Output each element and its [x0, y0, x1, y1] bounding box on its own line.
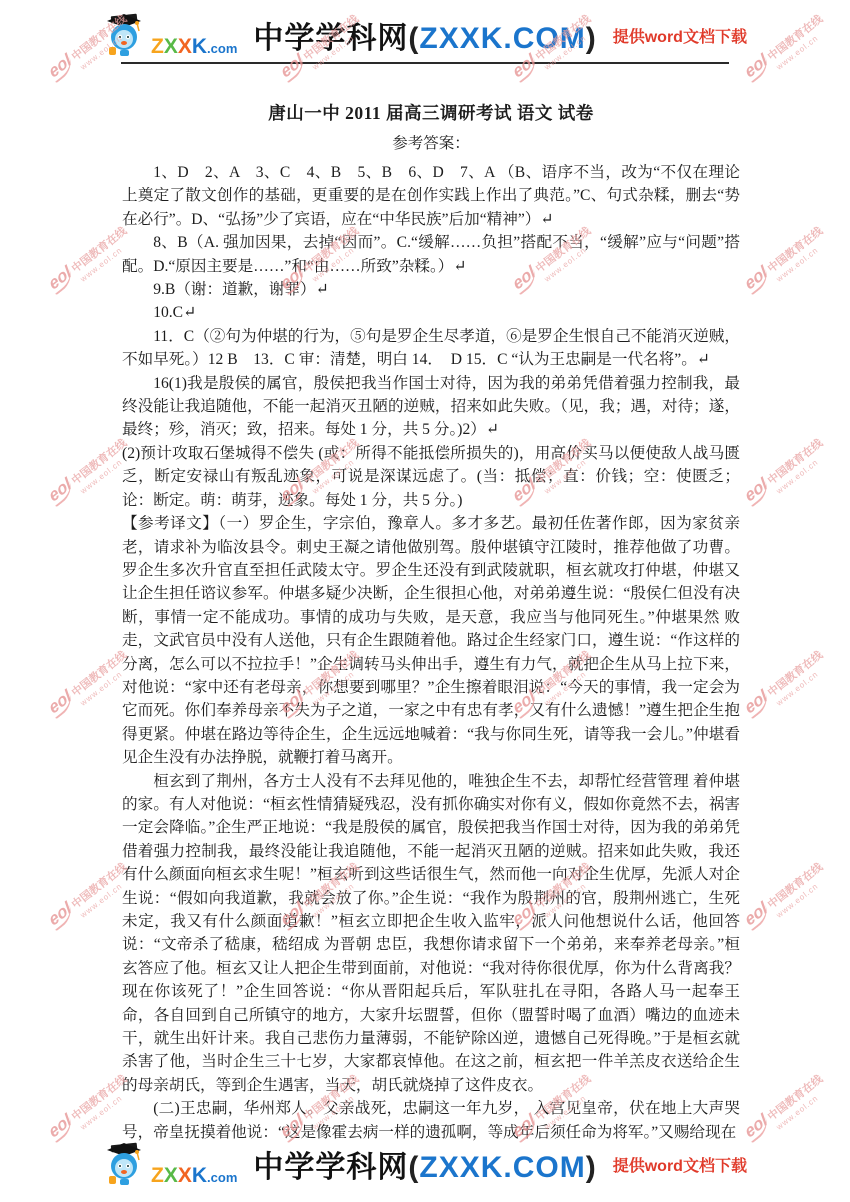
- logo-dotcom: .com: [207, 1170, 237, 1185]
- paragraph-4: 10.C↵: [122, 301, 740, 324]
- paragraph-10: (二)王忠嗣，华州郑人。父亲战死，忠嗣这一年九岁， 入宫见皇帝，伏在地上大声哭号…: [122, 1097, 740, 1144]
- download-note: 提供word文档下载: [613, 24, 747, 47]
- logo-letter: Z: [151, 1164, 164, 1187]
- paragraph-8: 【参考译文】（一）罗企生，字宗伯，豫章人。多才多艺。最初任佐著作郎，因为家贫亲老…: [122, 512, 740, 769]
- paragraph-1: 1、D 2、A 3、C 4、B 5、B 6、D 7、A （B、语序不当，改为“不…: [122, 161, 740, 231]
- paragraph-7: (2)预计攻取石堡城得不偿失 (或：所得不能抵偿所损失的)，用高价买马以便使敌人…: [122, 442, 740, 512]
- logo-letter: X: [164, 35, 178, 58]
- logo-dotcom: .com: [207, 41, 237, 56]
- answers-heading: 参考答案：: [122, 131, 740, 153]
- document-body: 唐山一中 2011 届高三调研考试 语文 试卷 参考答案： 1、D 2、A 3、…: [0, 64, 850, 1144]
- logo-letter: X: [178, 1164, 192, 1187]
- answer-paragraphs: 1、D 2、A 3、C 4、B 5、B 6、D 7、A （B、语序不当，改为“不…: [122, 161, 740, 1144]
- site-title: 中学学科网(ZXXK.COM): [253, 13, 596, 57]
- graduate-mascot-icon: [103, 1142, 149, 1186]
- site-header-banner: ZXXK.com 中学学科网(ZXXK.COM) 提供word文档下载: [0, 0, 850, 57]
- download-note-footer: 提供word文档下载: [613, 1153, 747, 1176]
- site-title-footer: 中学学科网(ZXXK.COM): [253, 1142, 596, 1186]
- paragraph-5: 11．C（②句为仲堪的行为，⑤句是罗企生尽孝道，⑥是罗企生恨自己不能消灭逆贼，不…: [122, 325, 740, 372]
- header-rule: [121, 62, 729, 64]
- graduate-mascot-icon: [103, 13, 149, 57]
- site-name-en: ZXXK.COM: [419, 22, 585, 55]
- logo-letter: Z: [151, 35, 164, 58]
- paragraph-6: 16(1)我是殷侯的属官，殷侯把我当作国士对待，因为我的弟弟凭借着强力控制我，最…: [122, 372, 740, 442]
- paragraph-3: 9.B（谢：道歉，谢罪）↵: [122, 278, 740, 301]
- document-page: ZXXK.com 中学学科网(ZXXK.COM) 提供word文档下载 唐山一中…: [0, 0, 850, 1202]
- site-footer-banner: ZXXK.com 中学学科网(ZXXK.COM) 提供word文档下载: [0, 1142, 850, 1186]
- paragraph-9: 桓玄到了荆州，各方士人没有不去拜见他的，唯独企生不去，却帮忙经营管理 着仲堪的家…: [122, 770, 740, 1098]
- logo-letter: K: [192, 1164, 207, 1187]
- zxxk-logo: ZXXK.com: [103, 13, 237, 57]
- logo-letter: X: [164, 1164, 178, 1187]
- site-name-cn: 中学学科网: [253, 22, 408, 55]
- zxxk-wordmark: ZXXK.com: [151, 36, 237, 57]
- logo-letter: X: [178, 35, 192, 58]
- logo-letter: K: [192, 35, 207, 58]
- paragraph-2: 8、B（A. 强加因果，去掉“因而”。C.“缓解……负担”搭配不当，“缓解”应与…: [122, 231, 740, 278]
- exam-title: 唐山一中 2011 届高三调研考试 语文 试卷: [122, 100, 740, 125]
- zxxk-logo-footer: ZXXK.com: [103, 1142, 237, 1186]
- zxxk-wordmark: ZXXK.com: [151, 1165, 237, 1186]
